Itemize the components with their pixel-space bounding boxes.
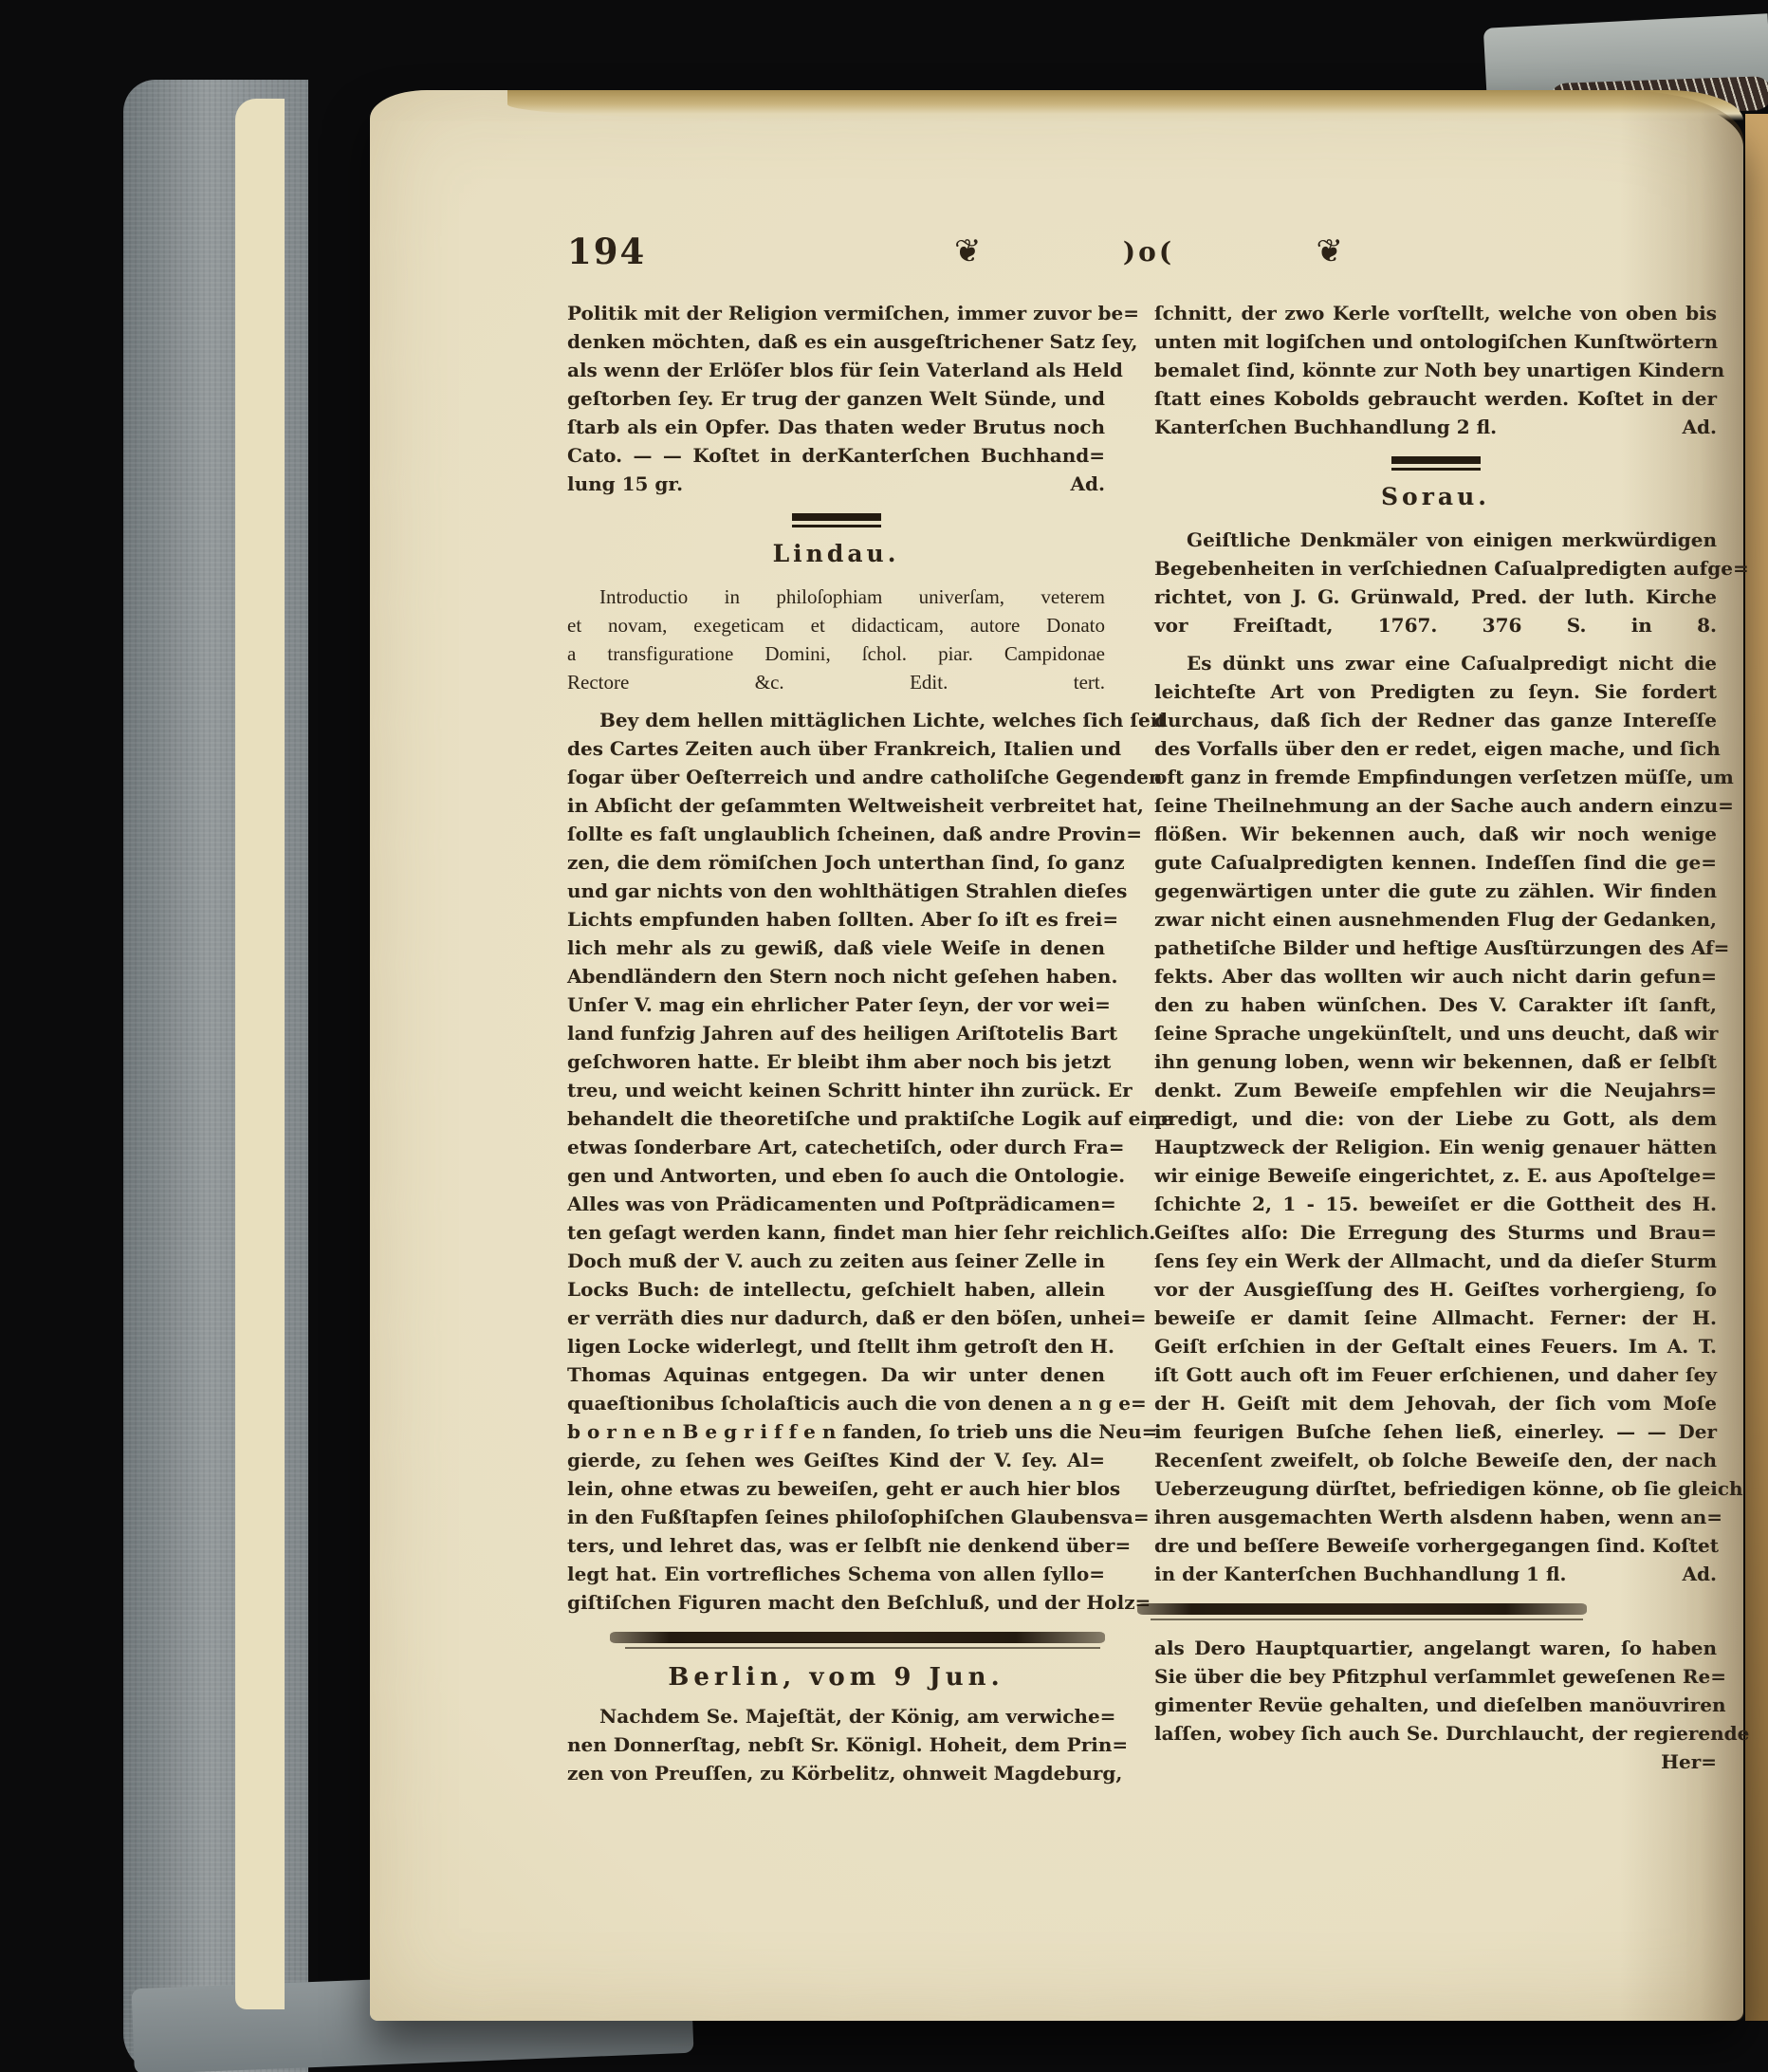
gilt-top-edge — [507, 90, 1743, 120]
paragraph-end-line: Kanterſchen Buchhandlung 2 fl. Ad. — [1154, 413, 1717, 441]
fleuron-left-icon: ❦ — [954, 232, 982, 270]
paragraph-end-line: lung 15 gr. Ad. — [567, 470, 1105, 498]
book-photograph: 194 ❦ )o( ❦ Politik mit der Religion ver… — [0, 0, 1768, 2072]
reviewer-initials: Ad. — [1071, 470, 1105, 498]
review-body-paragraph: Bey dem hellen mittäglichen Lichte, welc… — [567, 706, 1105, 1617]
berlin-news-paragraph-left: Nachdem Se. Majeſtät, der König, am verw… — [567, 1702, 1105, 1787]
latin-title-paragraph: Introductio in philoſophiam univerſam, v… — [567, 583, 1105, 696]
paragraph-end-line: in der Kanterſchen Buchhandlung 1 fl. Ad… — [1154, 1560, 1717, 1588]
continued-review-paragraph: Politik mit der Religion vermiſchen, imm… — [567, 299, 1105, 470]
reviewer-initials: Ad. — [1683, 413, 1717, 441]
price-line: lung 15 gr. — [567, 470, 683, 498]
section-divider — [1391, 456, 1481, 471]
article-end-rule-left — [610, 1632, 1105, 1643]
book-page: 194 ❦ )o( ❦ Politik mit der Religion ver… — [370, 90, 1743, 2021]
page-number: 194 — [567, 231, 646, 272]
berlin-news-paragraph-right: als Dero Hauptquartier, angelangt waren,… — [1154, 1634, 1717, 1748]
header-ornaments: ❦ )o( ❦ — [954, 232, 1343, 270]
header-separator: )o( — [1123, 236, 1174, 268]
article-end-rule-right — [1137, 1603, 1587, 1615]
sorau-title-paragraph: Geiſtliche Denkmäler von einigen merkwür… — [1154, 526, 1717, 639]
section-heading-berlin: Berlin, vom 9 Jun. — [567, 1662, 1105, 1693]
reviewer-initials: Ad. — [1683, 1560, 1717, 1588]
sorau-body-paragraph: Es dünkt uns zwar eine Caſualpredigt nic… — [1154, 649, 1717, 1560]
price-line: in der Kanterſchen Buchhandlung 1 fl. — [1154, 1560, 1566, 1588]
section-heading-lindau: Lindau. — [567, 539, 1105, 569]
price-line: Kanterſchen Buchhandlung 2 fl. — [1154, 413, 1497, 441]
right-column: ſchnitt, der zwo Kerle vorſtellt, welche… — [1154, 299, 1717, 1776]
section-heading-sorau: Sorau. — [1154, 482, 1717, 512]
section-divider — [792, 513, 881, 527]
continued-review-paragraph-right: ſchnitt, der zwo Kerle vorſtellt, welche… — [1154, 299, 1717, 413]
left-column: Politik mit der Religion vermiſchen, imm… — [567, 299, 1105, 1787]
fleuron-right-icon: ❦ — [1316, 232, 1343, 270]
catchword: Her= — [1154, 1748, 1717, 1776]
